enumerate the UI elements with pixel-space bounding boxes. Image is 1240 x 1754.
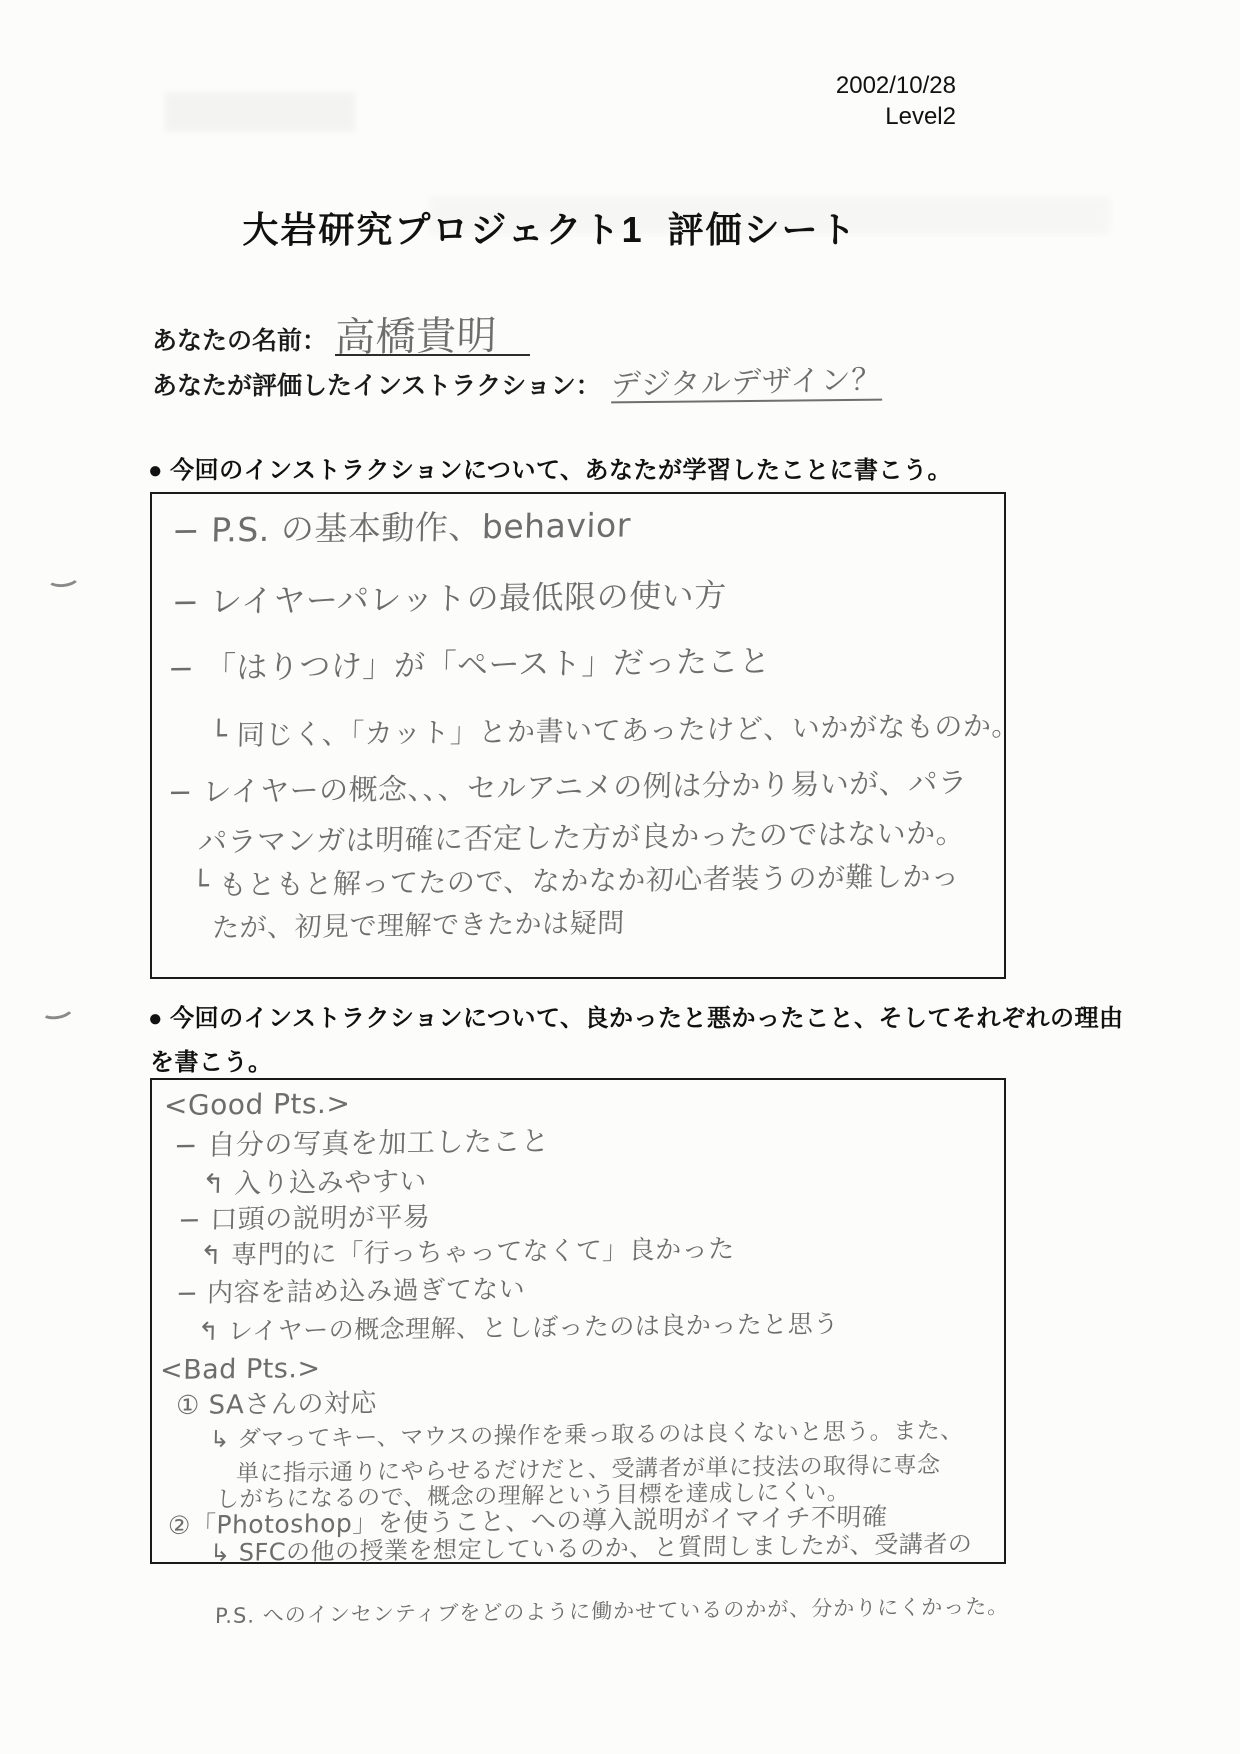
document-level: Level2 — [836, 101, 956, 132]
name-fill-line: 高橋貴明 — [335, 318, 530, 356]
section1-answer-box: − P.S. の基本動作、behavior − レイヤーパレットの最低限の使い方… — [150, 492, 1006, 979]
handwritten-line: ↰ レイヤーの概念理解、としぼったのは良かったと思う — [198, 1308, 840, 1347]
scan-ghosting-artifact — [165, 92, 355, 132]
handwritten-line: <Bad Pts.> — [160, 1352, 321, 1388]
handwritten-line: パラマンガは明確に否定した方が良かったのではないか。 — [198, 815, 966, 861]
header-block: 2002/10/28 Level2 — [836, 70, 956, 132]
handwritten-line: └ もともと解ってたので、なかなか初心者装うのが難しかっ — [192, 859, 960, 903]
section2-answer-box: <Good Pts.> − 自分の写真を加工したこと ↰ 入り込みやすい − 口… — [150, 1078, 1006, 1564]
handwritten-line: − レイヤーパレットの最低限の使い方 — [172, 575, 728, 622]
name-handwritten-value: 高橋貴明 — [335, 318, 498, 356]
handwritten-line: ↰ 専門的に「行っちゃってなくて」良かった — [200, 1233, 735, 1272]
scanned-evaluation-sheet: 2002/10/28 Level2 大岩研究プロジェクト1 評価シート あなたの… — [0, 0, 1240, 1754]
handwritten-line: ↳ ダマってキー、マウスの操作を乗っ取るのは良くないと思う。また、 — [210, 1417, 964, 1455]
instruction-field-row: あなたが評価したインストラクション：デジタルデザイン？ — [152, 366, 881, 402]
handwritten-line: − P.S. の基本動作、behavior — [172, 504, 632, 551]
page-title: 大岩研究プロジェクト1 評価シート — [0, 202, 1100, 253]
name-field-row: あなたの名前：高橋貴明 — [152, 318, 530, 357]
handwritten-line: └ 同じく、「カット」とか書いてあったけど、いかがなものか。 — [210, 708, 1021, 753]
handwritten-footnote: P.S. へのインセンティブをどのように働かせているのかが、分かりにくかった。 — [215, 1590, 1010, 1630]
handwritten-line: たが、初見で理解できたかは疑問 — [212, 907, 625, 946]
handwritten-line: − 口頭の説明が平易 — [178, 1201, 431, 1238]
handwritten-line: − 内容を詰め込み過ぎてない — [176, 1274, 526, 1311]
instruction-label: あなたが評価したインストラクション： — [152, 372, 601, 400]
handwritten-line: ① SAさんの対応 — [176, 1388, 378, 1423]
handwritten-line: − 「はりつけ」が「ペースト」だったこと — [168, 643, 771, 689]
handwritten-line: − 自分の写真を加工したこと — [174, 1123, 550, 1163]
handwritten-line: <Good Pts.> — [164, 1086, 351, 1123]
section2-prompt-line1: ● 今回のインストラクションについて、良かったと悪かったこと、そしてそれぞれの理… — [148, 998, 1124, 1033]
document-date: 2002/10/28 — [836, 70, 956, 101]
instruction-handwritten-value: デジタルデザイン？ — [611, 365, 882, 401]
stray-pen-mark — [45, 566, 81, 588]
handwritten-line: ↰ 入り込みやすい — [202, 1165, 428, 1201]
name-label: あなたの名前： — [152, 327, 327, 355]
section1-prompt: ● 今回のインストラクションについて、あなたが学習したことに書こう。 — [148, 450, 952, 485]
handwritten-line: − レイヤーの概念、、、セルアニメの例は分かり易いが、パラ — [168, 764, 968, 810]
instruction-fill-line: デジタルデザイン？ — [611, 369, 882, 404]
section2-prompt-line2: を書こう。 — [150, 1042, 273, 1077]
stray-pen-mark — [39, 997, 76, 1022]
